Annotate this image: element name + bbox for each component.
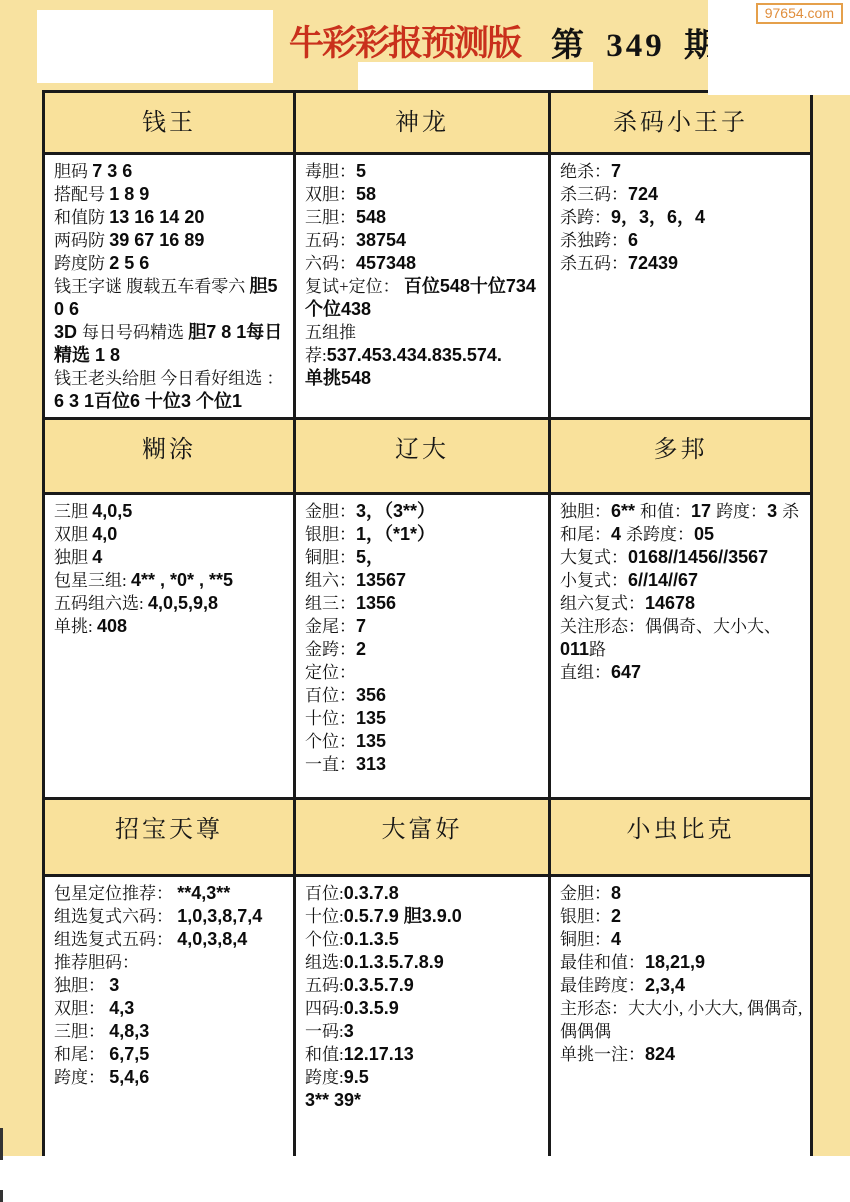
label-text: 一直：: [305, 755, 356, 774]
value-text: 011: [560, 639, 589, 659]
content-line: 独胆： 3: [54, 974, 290, 997]
value-text: 313: [356, 754, 386, 774]
content-line: 六码：457348: [305, 252, 545, 275]
section-header-shama-xiaowangzi: 杀码小王子: [551, 93, 813, 155]
section-body-qianwang: 胆码 7 3 6搭配号 1 8 9和值防 13 16 14 20两码防 39 6…: [45, 155, 296, 417]
value-text: 72439: [628, 253, 678, 273]
content-line: 大复式：0168//1456//3567: [560, 546, 807, 569]
label-text: 和值:: [305, 1045, 344, 1064]
value-text: 4,0,5: [92, 501, 132, 521]
label-text: 跨度：: [716, 502, 767, 521]
label-text: 毒胆：: [305, 162, 356, 181]
label-text: 每日号码精选: [82, 323, 188, 342]
bottom-white-margin: [0, 1156, 850, 1202]
content-line: 单挑一注：824: [560, 1043, 807, 1066]
value-text: 2 5 6: [109, 253, 149, 273]
value-text: 7: [356, 616, 366, 636]
content-line: 搭配号 1 8 9: [54, 183, 290, 206]
label-text: 金跨：: [305, 640, 356, 659]
label-text: 包星定位推荐：: [54, 884, 177, 903]
label-text: 组六：: [305, 571, 356, 590]
value-text: 408: [97, 616, 127, 636]
content-line: 最佳和值：18,21,9: [560, 951, 807, 974]
label-text: 跨度防: [54, 254, 109, 273]
value-text: 356: [356, 685, 386, 705]
value-text: 7 3 6: [92, 161, 132, 181]
blank-patch-top-left: [37, 10, 273, 83]
value-text: 2: [356, 639, 366, 659]
content-line: 银胆：2: [560, 905, 807, 928]
content-line: 和值:12.17.13: [305, 1043, 545, 1066]
label-text: 杀跨度：: [626, 525, 694, 544]
section-body-dafuhao: 百位:0.3.7.8十位:0.5.7.9 胆3.9.0个位:0.1.3.5组选:…: [296, 877, 551, 1156]
value-text: 4: [611, 929, 621, 949]
label-text: 组选复式五码：: [54, 930, 177, 949]
value-text: 5，: [356, 547, 384, 567]
value-text: 4: [92, 547, 102, 567]
label-text: 金胆：: [305, 502, 356, 521]
section-header-hutu: 糊涂: [45, 417, 296, 495]
value-text: 0.1.3.5: [344, 929, 399, 949]
content-line: 组选复式五码： 4,0,3,8,4: [54, 928, 290, 951]
label-text: 百位:: [305, 884, 344, 903]
label-text: 十位:: [305, 907, 344, 926]
label-text: 关注形态：偶偶奇、大小大、: [560, 617, 781, 636]
label-text: 单挑一注：: [560, 1045, 645, 1064]
content-line: 胆码 7 3 6: [54, 160, 290, 183]
label-text: 主形态：大大小, 小大大, 偶偶奇, 偶偶偶: [560, 999, 802, 1041]
prediction-table: 钱王 神龙 杀码小王子 胆码 7 3 6搭配号 1 8 9和值防 13 16 1…: [42, 90, 813, 1156]
section-body-shama-xiaowangzi: 绝杀：7杀三码：724杀跨：9，3，6，4杀独跨：6杀五码：72439: [551, 155, 813, 417]
value-text: 2,3,4: [645, 975, 685, 995]
label-text: 五码:: [305, 976, 344, 995]
section-body-xiaochong-bike: 金胆：8银胆：2铜胆：4最佳和值：18,21,9最佳跨度：2,3,4主形态：大大…: [551, 877, 813, 1156]
section-header-dafuhao: 大富好: [296, 797, 551, 877]
content-line: 杀五码：72439: [560, 252, 807, 275]
value-text: 18,21,9: [645, 952, 705, 972]
value-text: 4,0: [92, 524, 117, 544]
label-text: 银胆：: [305, 525, 356, 544]
content-line: 跨度： 5,4,6: [54, 1066, 290, 1089]
content-line: 双胆 4,0: [54, 523, 290, 546]
value-text: 537.453.434.835.574.: [327, 345, 502, 365]
value-text: 6,7,5: [109, 1044, 149, 1064]
value-text: 647: [611, 662, 641, 682]
value-text: 6//14//67: [628, 570, 698, 590]
content-line: 五组推荐:537.453.434.835.574.: [305, 321, 545, 367]
label-text: 最佳跨度：: [560, 976, 645, 995]
value-text: 7: [611, 161, 621, 181]
value-text: 4,0,3,8,4: [177, 929, 247, 949]
label-text: 一码:: [305, 1022, 344, 1041]
content-line: 3D 每日号码精选 胆7 8 1每日精选 1 8: [54, 321, 290, 367]
content-line: 组选:0.1.3.5.7.8.9: [305, 951, 545, 974]
content-line: 十位：135: [305, 707, 545, 730]
value-text: 0.3.5.7.9: [344, 975, 414, 995]
value-text: 135: [356, 731, 386, 751]
content-line: 组三：1356: [305, 592, 545, 615]
content-line: 个位:0.1.3.5: [305, 928, 545, 951]
value-text: 6: [628, 230, 638, 250]
content-line: 组选复式六码： 1,0,3,8,7,4: [54, 905, 290, 928]
content-line: 两码防 39 67 16 89: [54, 229, 290, 252]
label-text: 独胆：: [54, 976, 109, 995]
value-text: 1 8 9: [109, 184, 149, 204]
content-line: 双胆： 4,3: [54, 997, 290, 1020]
label-text: 四码:: [305, 999, 344, 1018]
value-text: 824: [645, 1044, 675, 1064]
label-text: 路: [589, 640, 606, 659]
label-text: 三胆：: [54, 1022, 109, 1041]
content-line: 铜胆：5，: [305, 546, 545, 569]
value-text: 3: [767, 501, 782, 521]
content-line: 复试+定位： 百位548十位734个位438: [305, 275, 545, 321]
content-line: 和尾： 6,7,5: [54, 1043, 290, 1066]
value-text: 39 67 16 89: [109, 230, 204, 250]
value-text: 1，（*1*）: [356, 524, 435, 544]
value-text: 9，3，6，4: [611, 207, 705, 227]
section-body-liaoda: 金胆：3，（3**）银胆：1，（*1*）铜胆：5，组六：13567组三：1356…: [296, 495, 551, 797]
value-text: 4,0,5,9,8: [148, 593, 218, 613]
value-text: 1356: [356, 593, 396, 613]
content-line: 和值防 13 16 14 20: [54, 206, 290, 229]
label-text: 钱王字谜 腹载五车看零六: [54, 277, 250, 296]
scan-edge-mark: [0, 1190, 3, 1202]
value-text: 457348: [356, 253, 416, 273]
value-text: 38754: [356, 230, 406, 250]
section-header-xiaochong-bike: 小虫比克: [551, 797, 813, 877]
value-text: 05: [694, 524, 714, 544]
content-line: 最佳跨度：2,3,4: [560, 974, 807, 997]
value-text: 0168//1456//3567: [628, 547, 768, 567]
content-line: 跨度:9.5: [305, 1066, 545, 1089]
content-line: 绝杀：7: [560, 160, 807, 183]
value-text: 5: [356, 161, 366, 181]
label-text: 组选复式六码：: [54, 907, 177, 926]
label-text: 六码：: [305, 254, 356, 273]
value-text: 724: [628, 184, 658, 204]
content-line: 毒胆：5: [305, 160, 545, 183]
section-body-duobang: 独胆：6** 和值：17 跨度：3 杀和尾：4 杀跨度：05大复式：0168//…: [551, 495, 813, 797]
content-line: 包星定位推荐： **4,3**: [54, 882, 290, 905]
content-line: 组六复式：14678: [560, 592, 807, 615]
content-line: 五码:0.3.5.7.9: [305, 974, 545, 997]
label-text: 组选:: [305, 953, 344, 972]
label-text: 杀三码：: [560, 185, 628, 204]
label-text: 双胆：: [54, 999, 109, 1018]
label-text: 五码：: [305, 231, 356, 250]
label-text: 复试+定位：: [305, 277, 404, 296]
watermark-url: 97654.com: [756, 3, 843, 24]
issue-number: 第 349 期: [551, 19, 720, 66]
content-line: 钱王老头给胆 今日看好组选 ： 6 3 1百位6 十位3 个位1: [54, 367, 290, 413]
label-text: 铜胆：: [305, 548, 356, 567]
value-text: 9.5: [344, 1067, 369, 1087]
value-text: 0.5.7.9 胆3.9.0: [344, 906, 462, 926]
content-line: 杀跨：9，3，6，4: [560, 206, 807, 229]
content-line: 双胆：58: [305, 183, 545, 206]
value-text: 14678: [645, 593, 695, 613]
label-text: 双胆: [54, 525, 92, 544]
value-text: 12.17.13: [344, 1044, 414, 1064]
label-text: 金胆：: [560, 884, 611, 903]
value-text: 135: [356, 708, 386, 728]
label-text: 独胆：: [560, 502, 611, 521]
section-body-shenlong: 毒胆：5双胆：58三胆：548五码：38754六码：457348复试+定位： 百…: [296, 155, 551, 417]
value-text: 548: [356, 207, 386, 227]
section-header-duobang: 多邦: [551, 417, 813, 495]
label-text: 个位：: [305, 732, 356, 751]
value-text: 17: [691, 501, 716, 521]
content-line: 定位：: [305, 661, 545, 684]
content-line: 三胆： 4,8,3: [54, 1020, 290, 1043]
content-line: 独胆 4: [54, 546, 290, 569]
content-line: 个位：135: [305, 730, 545, 753]
label-text: 跨度：: [54, 1068, 109, 1087]
content-line: 组六：13567: [305, 569, 545, 592]
section-header-zhaobao-tianzun: 招宝天尊: [45, 797, 296, 877]
label-text: 单挑:: [54, 617, 97, 636]
content-line: 小复式：6//14//67: [560, 569, 807, 592]
content-line: 金跨：2: [305, 638, 545, 661]
blank-patch-under-title: [358, 62, 593, 90]
scan-edge-mark: [0, 1128, 3, 1160]
value-text: 6 3 1百位6 十位3 个位1: [54, 391, 242, 411]
value-text: 3D: [54, 322, 82, 342]
value-text: 3: [344, 1021, 354, 1041]
value-text: 0.1.3.5.7.8.9: [344, 952, 444, 972]
content-line: 3** 39*: [305, 1089, 545, 1112]
content-line: 直组：647: [560, 661, 807, 684]
page-title: 牛彩彩报预测版: [289, 16, 520, 66]
content-line: 金尾：7: [305, 615, 545, 638]
section-body-zhaobao-tianzun: 包星定位推荐： **4,3**组选复式六码： 1,0,3,8,7,4组选复式五码…: [45, 877, 296, 1156]
content-line: 杀独跨：6: [560, 229, 807, 252]
label-text: 杀跨：: [560, 208, 611, 227]
content-line: 金胆：3，（3**）: [305, 500, 545, 523]
label-text: 推荐胆码：: [54, 953, 139, 972]
lottery-prediction-sheet: 牛彩彩报预测版 第 349 期 97654.com 钱王 神龙 杀码小王子 胆码…: [0, 0, 850, 1202]
content-line: 三胆：548: [305, 206, 545, 229]
label-text: 杀五码：: [560, 254, 628, 273]
value-text: 1,0,3,8,7,4: [177, 906, 262, 926]
content-line: 五码：38754: [305, 229, 545, 252]
label-text: 三胆：: [305, 208, 356, 227]
content-line: 单挑: 408: [54, 615, 290, 638]
content-line: 独胆：6** 和值：17 跨度：3 杀和尾：4 杀跨度：05: [560, 500, 807, 546]
content-line: 百位:0.3.7.8: [305, 882, 545, 905]
content-line: 推荐胆码：: [54, 951, 290, 974]
value-text: 4,8,3: [109, 1021, 149, 1041]
label-text: 和值：: [640, 502, 691, 521]
label-text: 个位:: [305, 930, 344, 949]
label-text: 最佳和值：: [560, 953, 645, 972]
content-line: 三胆 4,0,5: [54, 500, 290, 523]
label-text: 独胆: [54, 548, 92, 567]
label-text: 小复式：: [560, 571, 628, 590]
value-text: 3** 39*: [305, 1090, 361, 1110]
label-text: 组三：: [305, 594, 356, 613]
content-line: 单挑548: [305, 367, 545, 390]
section-header-shenlong: 神龙: [296, 93, 551, 155]
label-text: 大复式：: [560, 548, 628, 567]
value-text: 4,3: [109, 998, 134, 1018]
content-line: 四码:0.3.5.9: [305, 997, 545, 1020]
value-text: 58: [356, 184, 376, 204]
label-text: 钱王老头给胆 今日看好组选 ：: [54, 369, 284, 388]
label-text: 百位：: [305, 686, 356, 705]
section-body-hutu: 三胆 4,0,5双胆 4,0独胆 4包星三组: 4** , *0* , **5五…: [45, 495, 296, 797]
value-text: 5,4,6: [109, 1067, 149, 1087]
value-text: 6**: [611, 501, 640, 521]
value-text: 0.3.5.9: [344, 998, 399, 1018]
label-text: 组六复式：: [560, 594, 645, 613]
label-text: 两码防: [54, 231, 109, 250]
content-line: 金胆：8: [560, 882, 807, 905]
value-text: 3: [109, 975, 119, 995]
value-text: 13567: [356, 570, 406, 590]
label-text: 胆码: [54, 162, 92, 181]
label-text: 绝杀：: [560, 162, 611, 181]
value-text: 2: [611, 906, 621, 926]
content-line: 百位：356: [305, 684, 545, 707]
value-text: 单挑548: [305, 368, 371, 388]
label-text: 五码组六选:: [54, 594, 148, 613]
label-text: 双胆：: [305, 185, 356, 204]
label-text: 搭配号: [54, 185, 109, 204]
content-line: 钱王字谜 腹载五车看零六 胆5 0 6: [54, 275, 290, 321]
label-text: 三胆: [54, 502, 92, 521]
label-text: 和值防: [54, 208, 109, 227]
label-text: 银胆：: [560, 907, 611, 926]
value-text: **4,3**: [177, 883, 230, 903]
content-line: 杀三码：724: [560, 183, 807, 206]
label-text: 直组：: [560, 663, 611, 682]
value-text: 8: [611, 883, 621, 903]
label-text: 定位：: [305, 663, 356, 682]
value-text: 0.3.7.8: [344, 883, 399, 903]
content-line: 一直：313: [305, 753, 545, 776]
label-text: 和尾：: [54, 1045, 109, 1064]
label-text: 包星三组:: [54, 571, 131, 590]
label-text: 十位：: [305, 709, 356, 728]
content-line: 铜胆：4: [560, 928, 807, 951]
content-line: 一码:3: [305, 1020, 545, 1043]
value-text: 4: [611, 524, 626, 544]
content-line: 银胆：1，（*1*）: [305, 523, 545, 546]
content-line: 包星三组: 4** , *0* , **5: [54, 569, 290, 592]
value-text: 13 16 14 20: [109, 207, 204, 227]
content-line: 关注形态：偶偶奇、大小大、011路: [560, 615, 807, 661]
label-text: 金尾：: [305, 617, 356, 636]
section-header-liaoda: 辽大: [296, 417, 551, 495]
content-line: 五码组六选: 4,0,5,9,8: [54, 592, 290, 615]
label-text: 铜胆：: [560, 930, 611, 949]
value-text: 3，（3**）: [356, 501, 435, 521]
label-text: 跨度:: [305, 1068, 344, 1087]
value-text: 4** , *0* , **5: [131, 570, 233, 590]
section-header-qianwang: 钱王: [45, 93, 296, 155]
content-line: 十位:0.5.7.9 胆3.9.0: [305, 905, 545, 928]
content-line: 跨度防 2 5 6: [54, 252, 290, 275]
label-text: 杀独跨：: [560, 231, 628, 250]
content-line: 主形态：大大小, 小大大, 偶偶奇, 偶偶偶: [560, 997, 807, 1043]
